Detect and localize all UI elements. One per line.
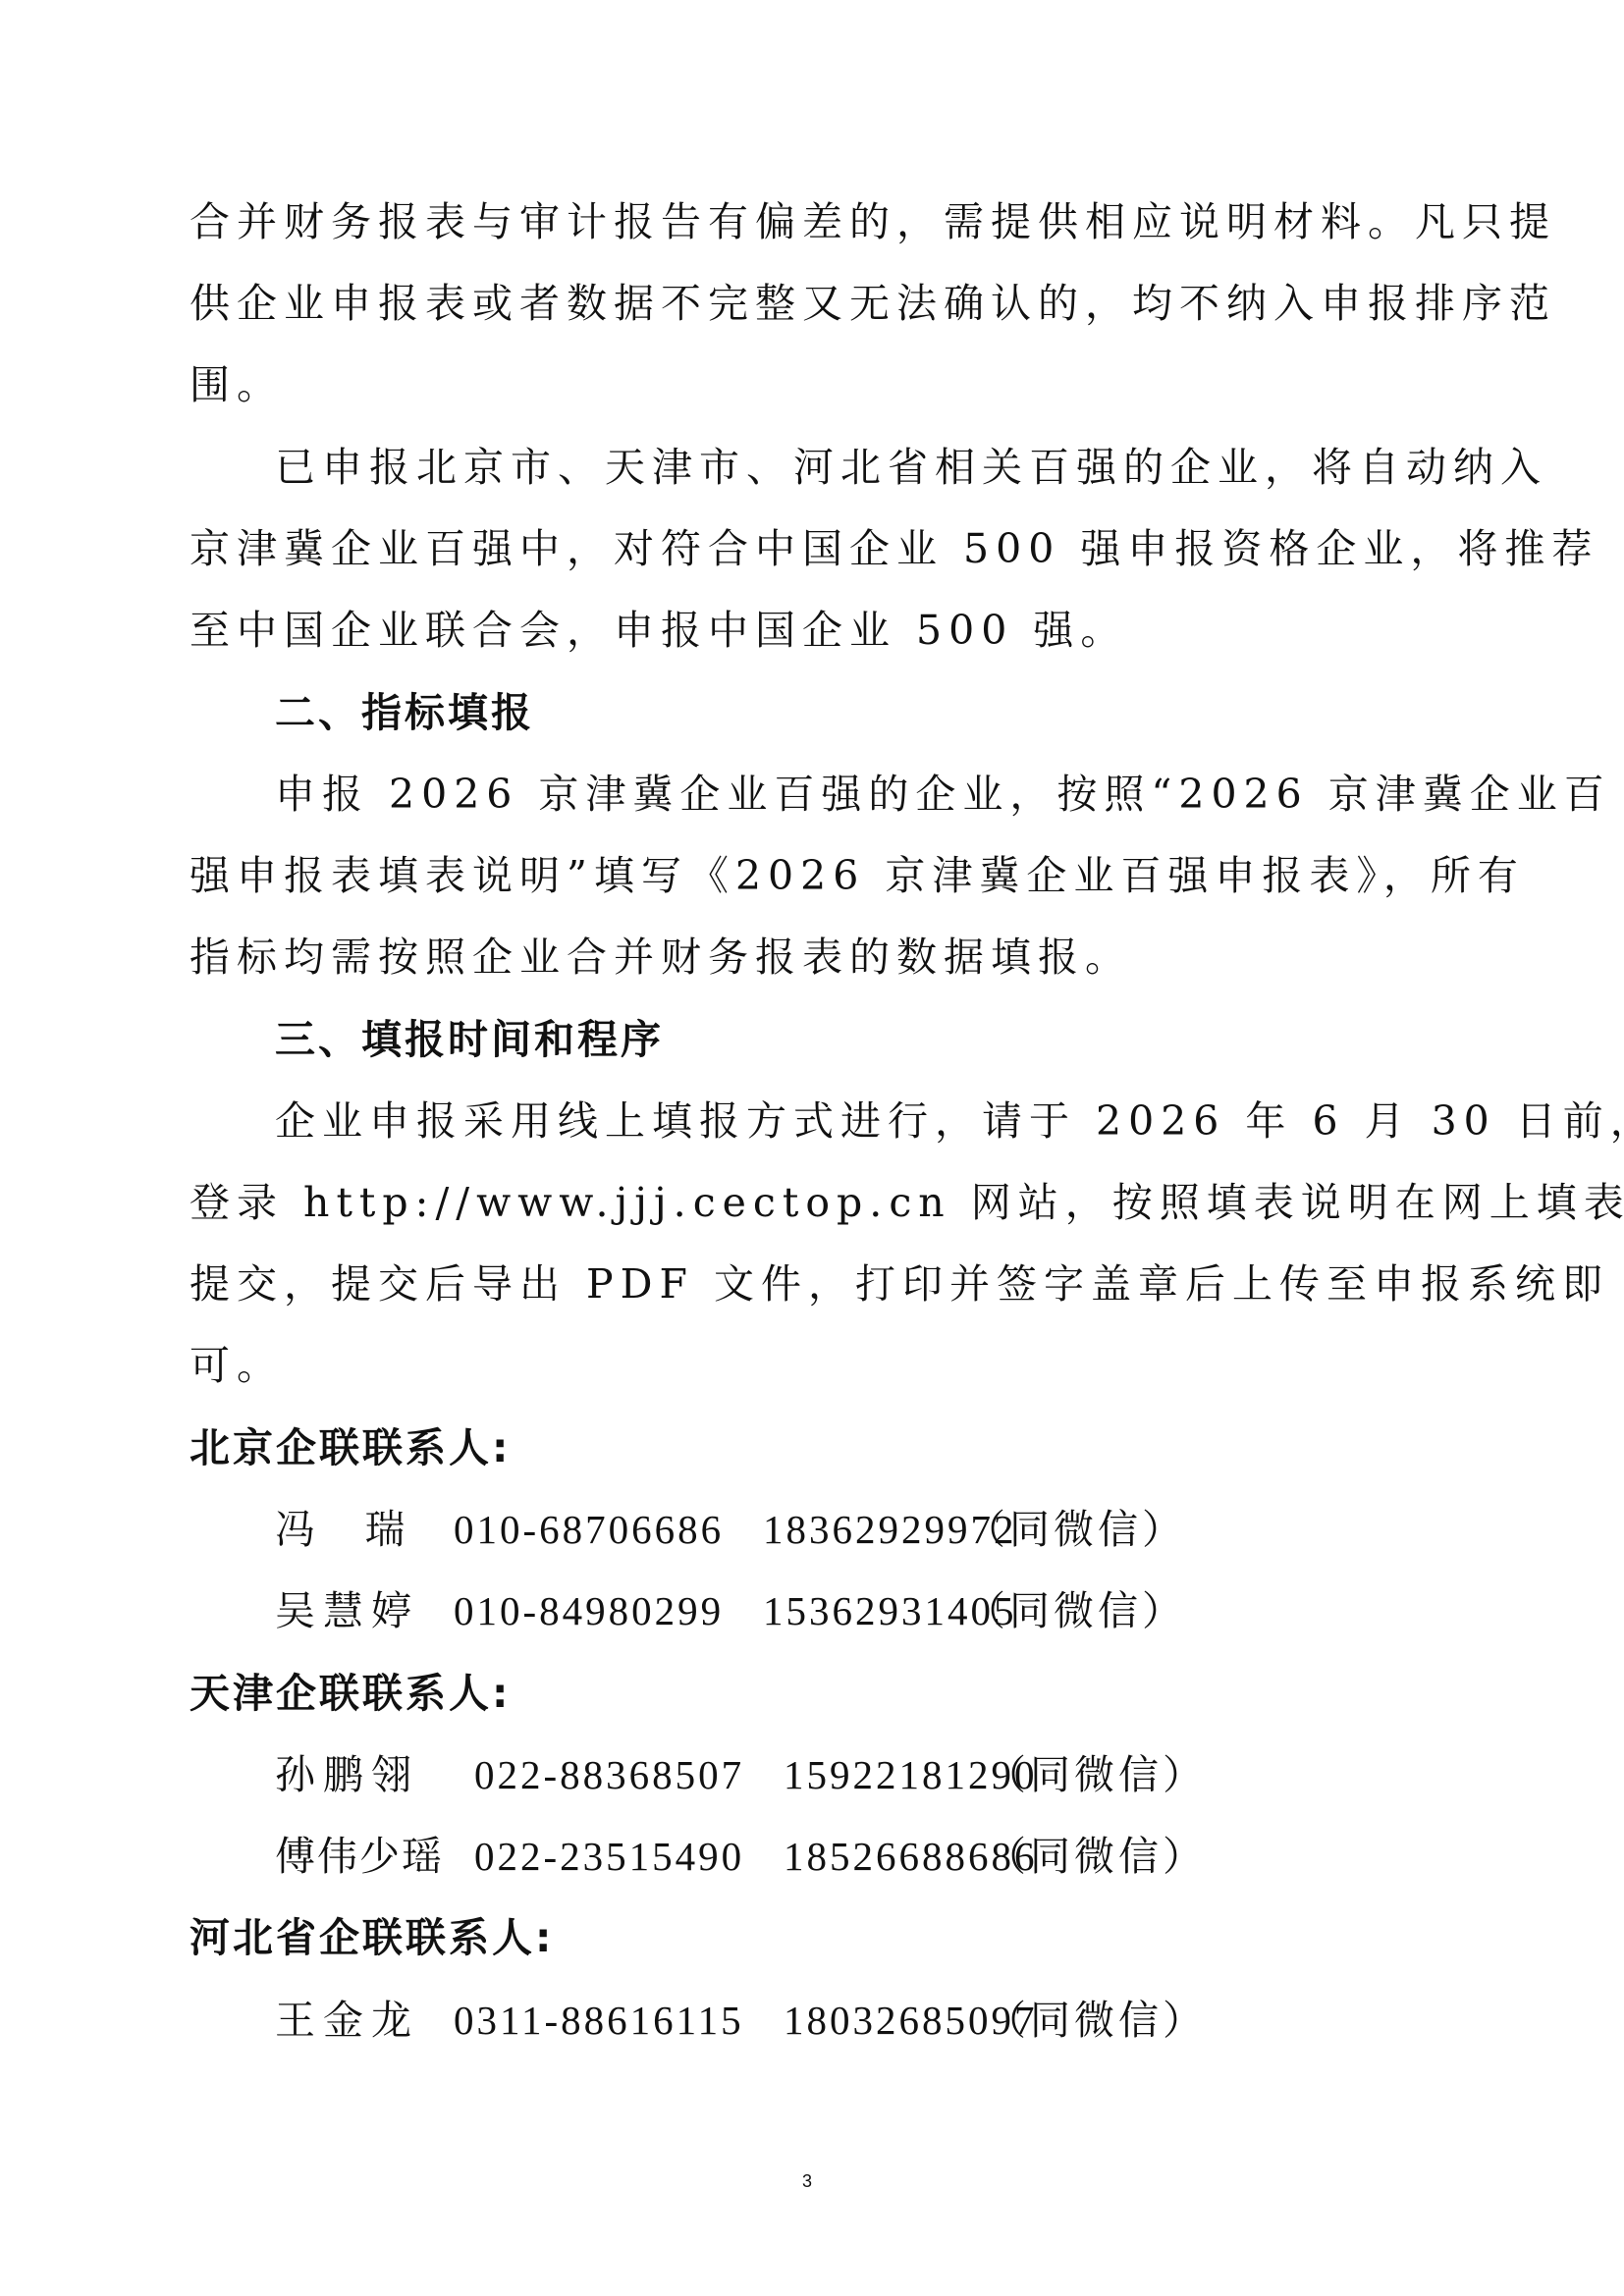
contact-wechat-note: （同微信） xyxy=(986,1745,1207,1804)
paragraph-line: 供企业申报表或者数据不完整又无法确认的，均不纳入申报排序范 xyxy=(189,274,1556,333)
document-page: 合并财务报表与审计报告有偏差的，需提供相应说明材料。凡只提 供企业申报表或者数据… xyxy=(0,0,1624,2296)
contact-telephone: 010-84980299 xyxy=(454,1581,724,1640)
paragraph-line: 强申报表填表说明”填写《2026 京津冀企业百强申报表》，所有 xyxy=(189,846,1525,905)
paragraph-line: 企业申报采用线上填报方式进行，请于 2026 年 6 月 30 日前， xyxy=(275,1092,1624,1150)
paragraph-line: 指标均需按照企业合并财务报表的数据填报。 xyxy=(189,928,1132,987)
paragraph-line: 已申报北京市、天津市、河北省相关百强的企业，将自动纳入 xyxy=(275,438,1547,497)
contact-wechat-note: （同微信） xyxy=(965,1500,1186,1559)
section-heading: 三、填报时间和程序 xyxy=(275,1010,664,1069)
paragraph-line: 至中国企业联合会，申报中国企业 500 强。 xyxy=(189,601,1127,660)
contact-wechat-note: （同微信） xyxy=(986,1827,1207,1886)
contact-telephone: 010-68706686 xyxy=(454,1500,724,1559)
paragraph-line: 京津冀企业百强中，对符合中国企业 500 强申报资格企业，将推荐 xyxy=(189,519,1598,578)
contact-name: 傅伟少瑶 xyxy=(275,1827,444,1886)
contact-telephone: 022-88368507 xyxy=(474,1745,744,1804)
contact-name: 王金龙 xyxy=(275,1991,419,2050)
contact-group-heading-tianjin: 天津企联联系人: xyxy=(189,1664,511,1723)
contact-wechat-note: （同微信） xyxy=(965,1581,1186,1640)
contact-name: 冯 瑞 xyxy=(275,1500,415,1559)
paragraph-line: 合并财务报表与审计报告有偏差的，需提供相应说明材料。凡只提 xyxy=(189,192,1556,251)
contact-name: 吴慧婷 xyxy=(275,1581,419,1640)
contact-group-heading-hebei: 河北省企联联系人: xyxy=(189,1908,554,1967)
contact-telephone: 022-23515490 xyxy=(474,1827,744,1886)
paragraph-line: 提交，提交后导出 PDF 文件，打印并签字盖章后上传至申报系统即 xyxy=(189,1255,1609,1313)
contact-group-heading-beijing: 北京企联联系人: xyxy=(189,1418,511,1477)
paragraph-line: 登录 http://www.jjj.cectop.cn 网站，按照填表说明在网上… xyxy=(189,1173,1624,1232)
contact-name: 孙鹏翎 xyxy=(275,1745,419,1804)
contact-telephone: 0311-88616115 xyxy=(454,1991,744,2050)
page-number: 3 xyxy=(802,2171,812,2192)
paragraph-line: 围。 xyxy=(189,355,284,414)
paragraph-line: 可。 xyxy=(189,1336,284,1395)
section-heading: 二、指标填报 xyxy=(275,683,534,742)
paragraph-line: 申报 2026 京津冀企业百强的企业，按照“2026 京津冀企业百 xyxy=(275,765,1611,824)
contact-wechat-note: （同微信） xyxy=(986,1991,1207,2050)
